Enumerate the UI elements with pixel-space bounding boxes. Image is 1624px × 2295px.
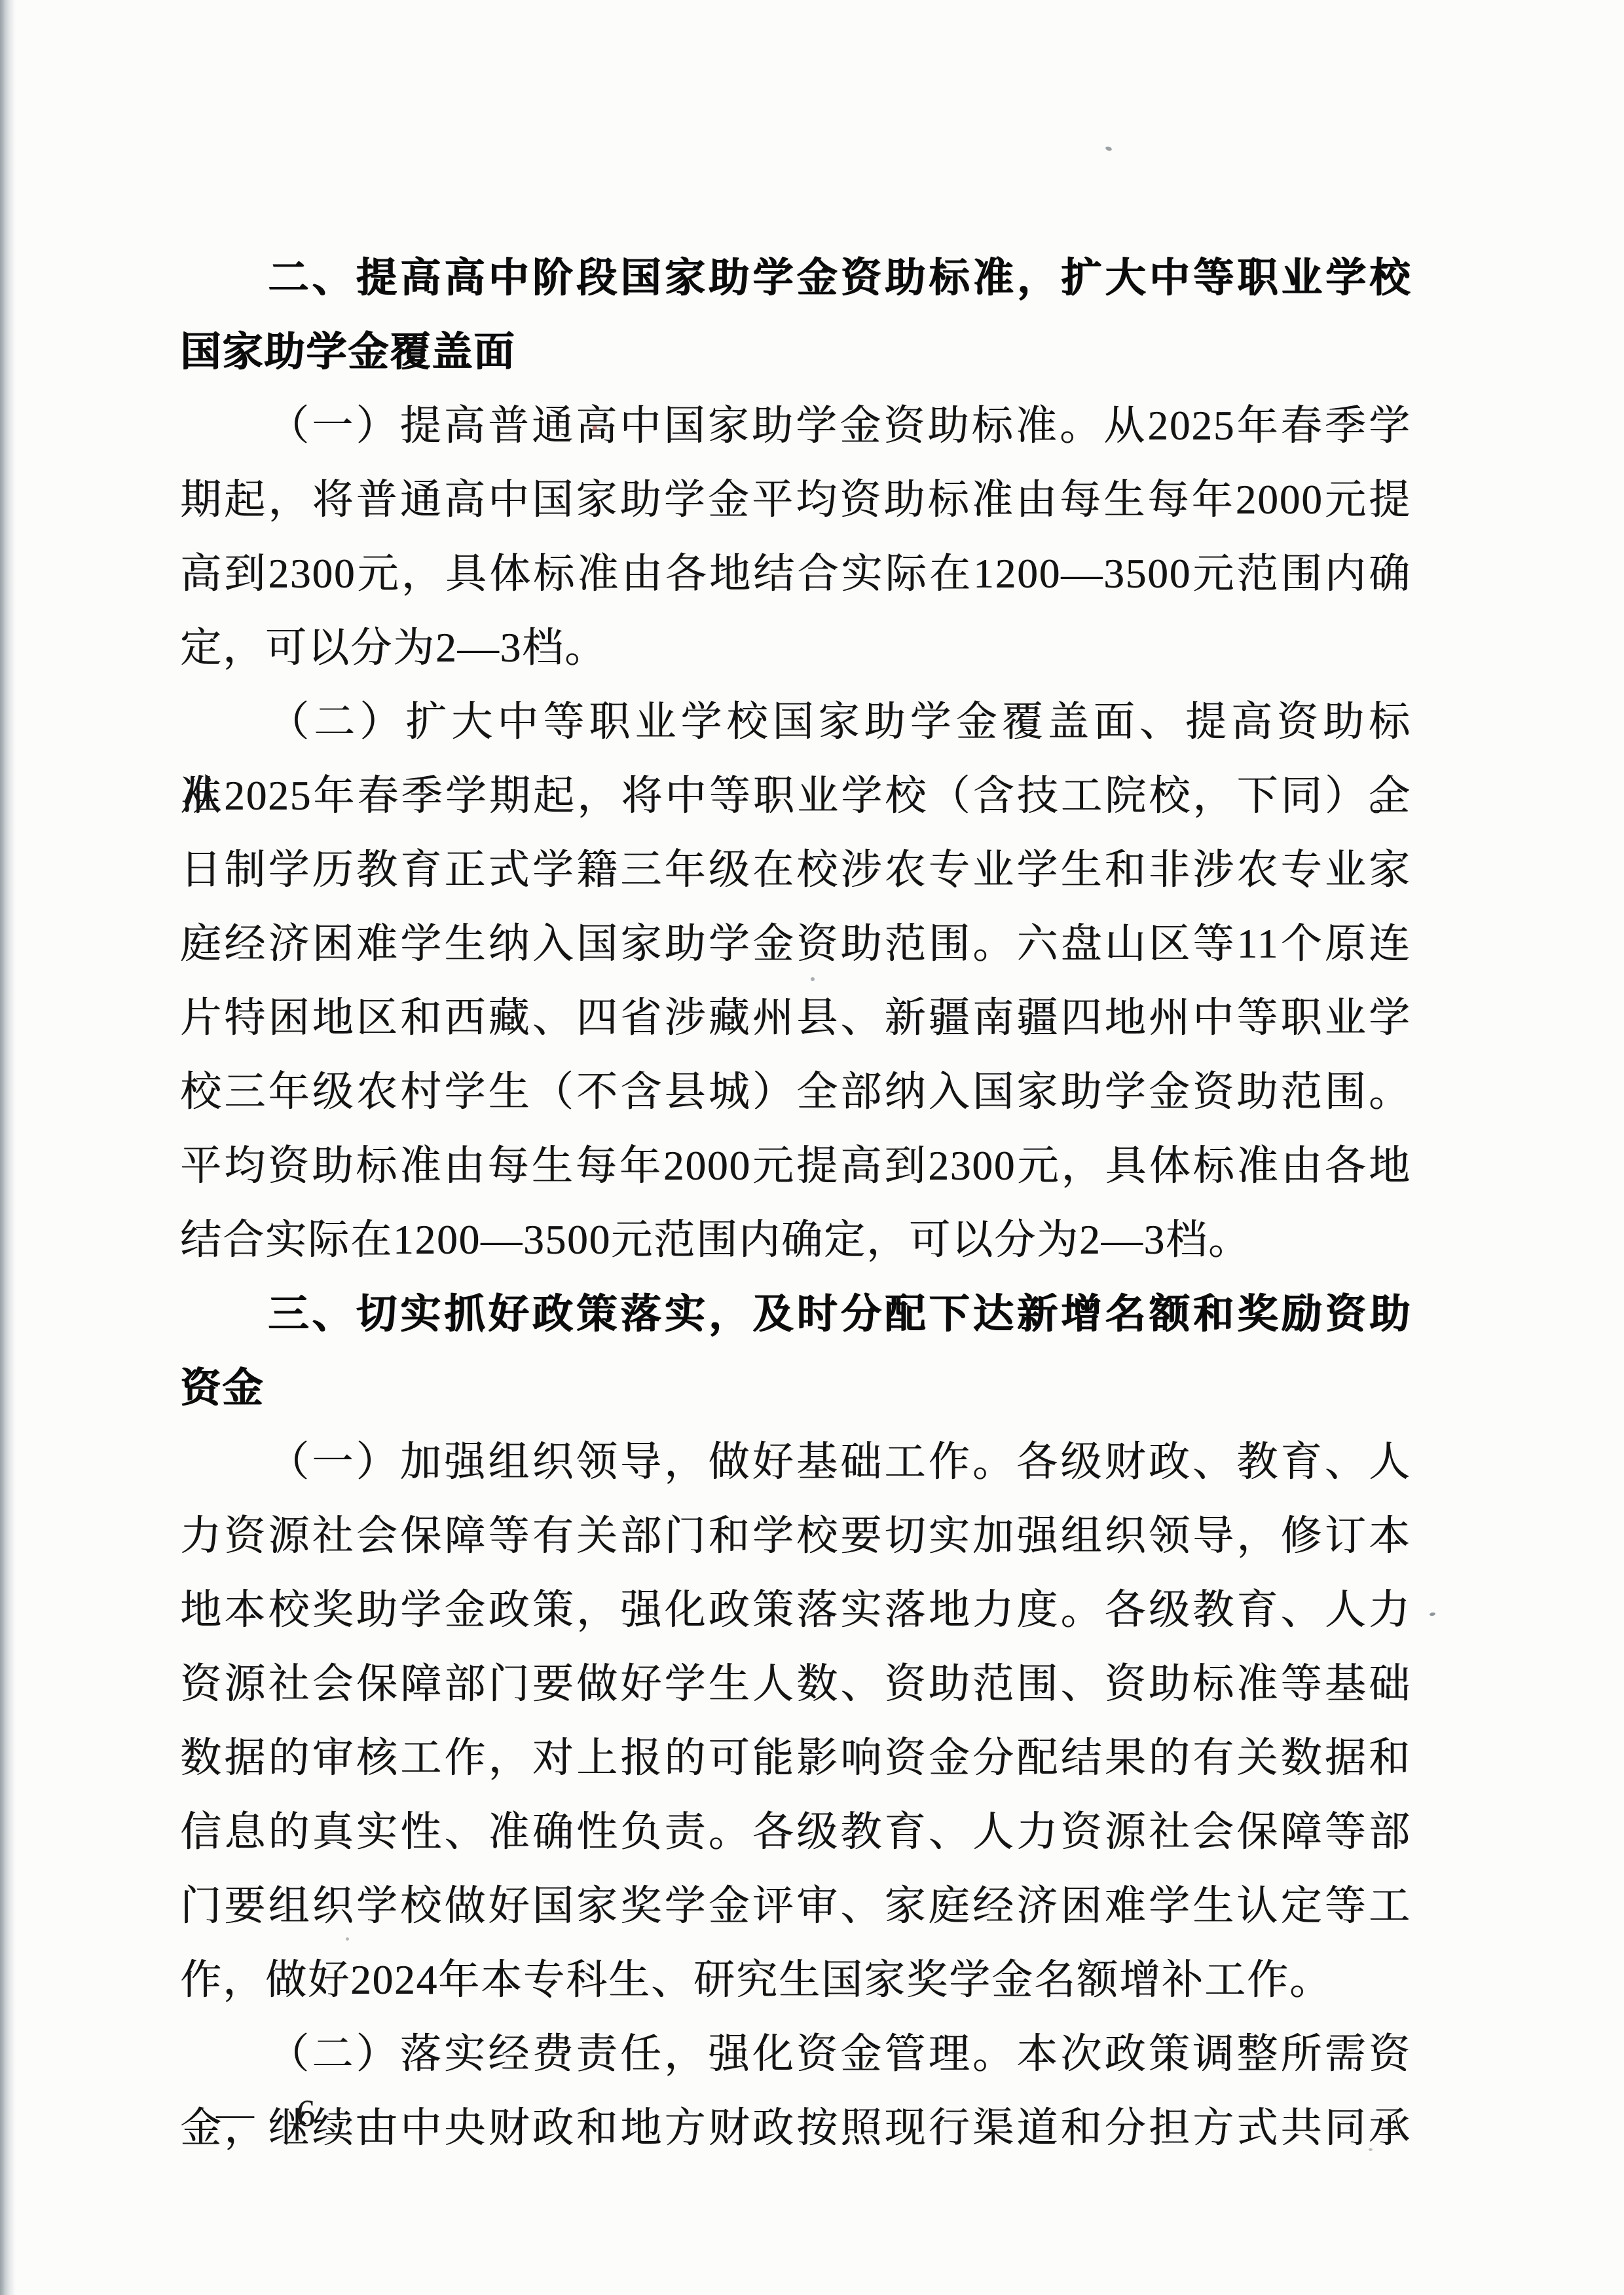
page-number: — 6 — [216,2091,398,2136]
scan-speck [1105,146,1112,152]
doc-line: 资源社会保障部门要做好学生人数、资助范围、资助标准等基础 [180,1647,1411,1721]
doc-line: 片特困地区和西藏、四省涉藏州县、新疆南疆四地州中等职业学 [180,981,1411,1055]
scan-speck [346,1937,349,1941]
doc-line: 资金 [180,1351,1411,1425]
scan-speck [1430,1612,1436,1616]
doc-line: 地本校奖助学金政策，强化政策落实落地力度。各级教育、人力 [180,1573,1411,1647]
doc-line: （一）加强组织领导，做好基础工作。各级财政、教育、人 [180,1425,1411,1499]
doc-line: 高到2300元，具体标准由各地结合实际在1200—3500元范围内确 [180,537,1411,611]
doc-line: 平均资助标准由每生每年2000元提高到2300元，具体标准由各地 [180,1129,1411,1203]
doc-line: 三、切实抓好政策落实，及时分配下达新增名额和奖励资助 [180,1277,1411,1351]
doc-line: 信息的真实性、准确性负责。各级教育、人力资源社会保障等部 [180,1795,1411,1869]
doc-line: 作，做好2024年本专科生、研究生国家奖学金名额增补工作。 [180,1943,1411,2017]
doc-line: 门要组织学校做好国家奖学金评审、家庭经济困难学生认定等工 [180,1869,1411,1943]
scan-edge-shadow [0,0,16,2295]
doc-line: 校三年级农村学生（不含县城）全部纳入国家助学金资助范围。 [180,1055,1411,1129]
scan-speck [1369,2148,1373,2151]
scan-speck [811,977,815,981]
scan-speck [593,426,597,430]
document-page: 二、提高高中阶段国家助学金资助标准，扩大中等职业学校国家助学金覆盖面（一）提高普… [0,0,1624,2295]
doc-line: 国家助学金覆盖面 [180,315,1411,389]
doc-line: 从2025年春季学期起，将中等职业学校（含技工院校，下同）全 [180,759,1411,833]
doc-line: 二、提高高中阶段国家助学金资助标准，扩大中等职业学校 [180,241,1411,315]
doc-line: 数据的审核工作，对上报的可能影响资金分配结果的有关数据和 [180,1721,1411,1795]
doc-line: （一）提高普通高中国家助学金资助标准。从2025年春季学 [180,389,1411,463]
doc-line: 日制学历教育正式学籍三年级在校涉农专业学生和非涉农专业家 [180,833,1411,907]
doc-line: 定，可以分为2—3档。 [180,611,1411,685]
doc-line: 力资源社会保障等有关部门和学校要切实加强组织领导，修订本 [180,1499,1411,1573]
doc-line: 庭经济困难学生纳入国家助学金资助范围。六盘山区等11个原连 [180,907,1411,981]
doc-line: 期起，将普通高中国家助学金平均资助标准由每生每年2000元提 [180,463,1411,537]
doc-line: （二）落实经费责任，强化资金管理。本次政策调整所需资 [180,2017,1411,2091]
doc-line: （二）扩大中等职业学校国家助学金覆盖面、提高资助标准。 [180,685,1411,759]
document-lines: 二、提高高中阶段国家助学金资助标准，扩大中等职业学校国家助学金覆盖面（一）提高普… [180,241,1411,2165]
doc-line: 结合实际在1200—3500元范围内确定，可以分为2—3档。 [180,1203,1411,1277]
